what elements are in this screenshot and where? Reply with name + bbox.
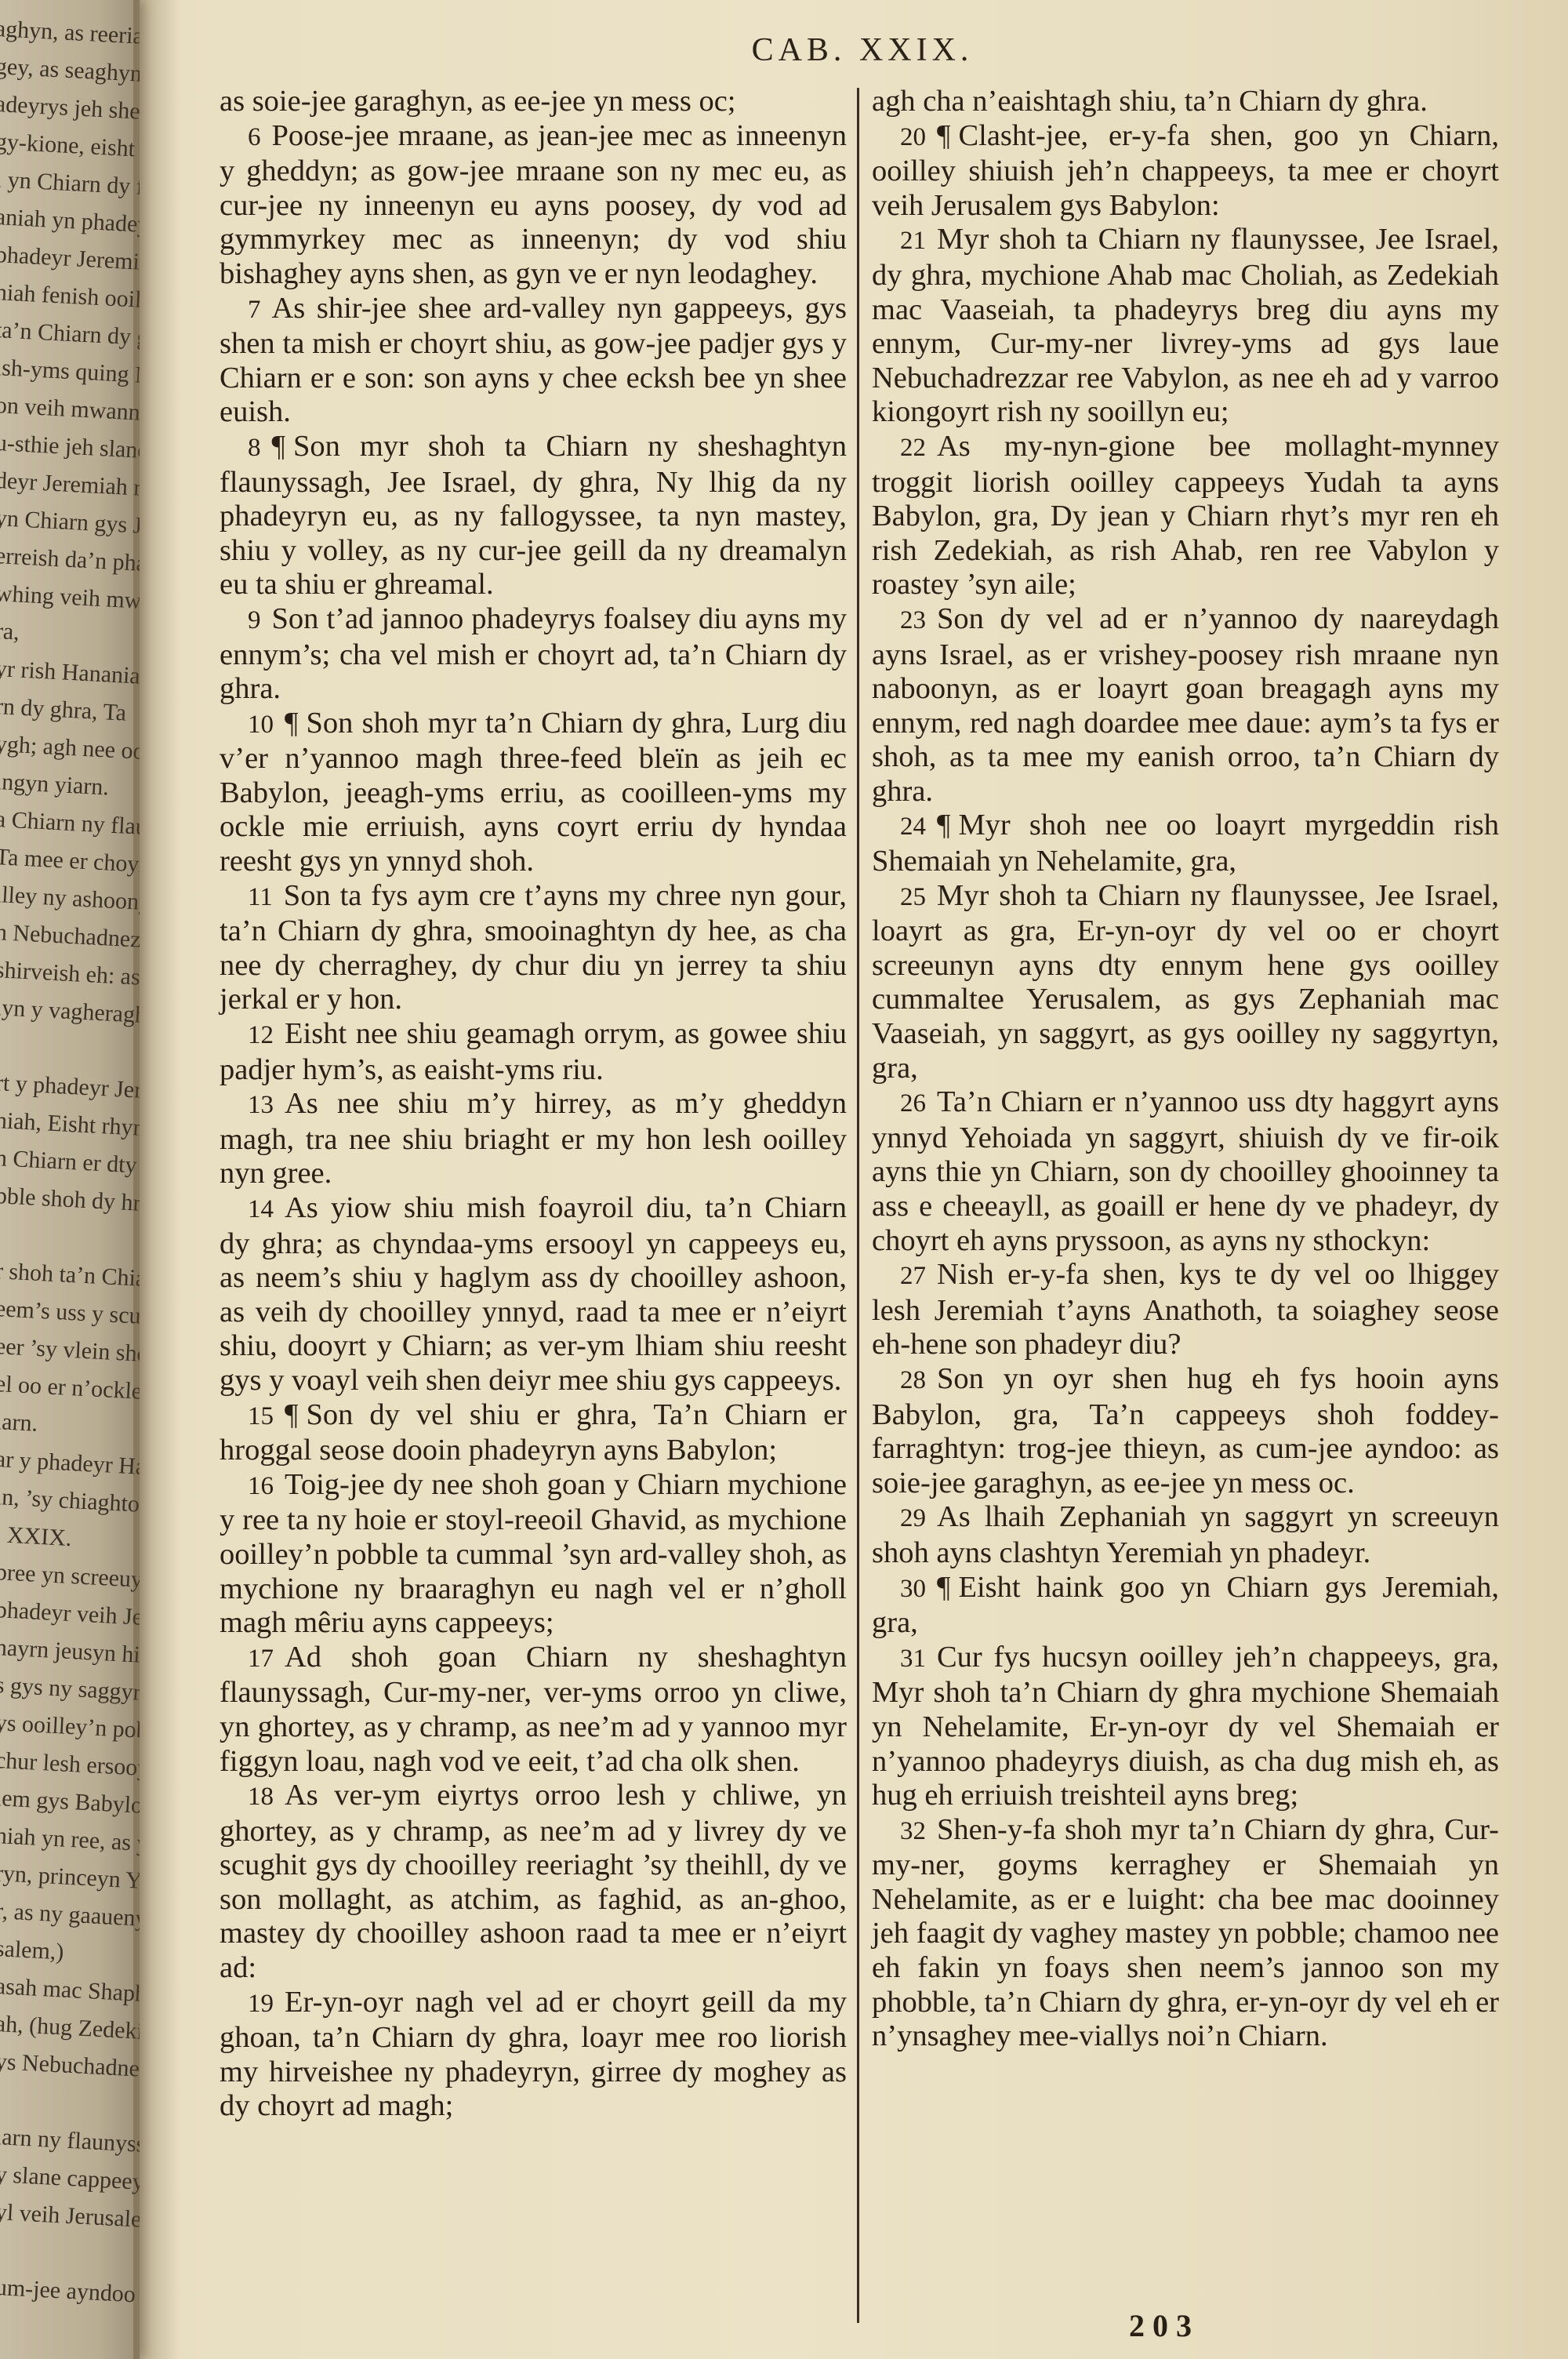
facing-page-line: l yn Chiarn dy fi: [0, 166, 140, 201]
facing-page-line: in, ’sy chiaghtoo: [0, 1484, 140, 1518]
verse-text: Son shoh myr ta’n Chiarn dy ghra, Lurg d…: [220, 707, 847, 878]
facing-page-line: on veih mwannal: [0, 392, 140, 427]
left-column: as soie-jee garaghyn, as ee-jee yn mess …: [220, 85, 847, 2124]
verse-text: As lhaih Zephaniah yn saggyrt yn screeuy…: [872, 1500, 1499, 1569]
verse-text: Poose-jee mraane, as jean-jee mec as inn…: [220, 119, 847, 290]
verse-number: 15: [248, 1402, 274, 1430]
verse-text: Eisht haink goo yn Chiarn gys Jeremiah, …: [872, 1571, 1499, 1640]
verse-text: As nee shiu m’y hirrey, as m’y gheddyn m…: [220, 1087, 847, 1190]
verse: 8¶Son myr shoh ta Chiarn ny sheshaghtyn …: [220, 430, 847, 602]
verse-text: Nish er-y-fa shen, kys te dy vel oo lhig…: [872, 1258, 1499, 1361]
facing-page-line: asah mac Shaphan: [0, 1973, 140, 2009]
verse: 28Son yn oyr shen hug eh fys hooin ayns …: [872, 1362, 1499, 1500]
verse: 29As lhaih Zephaniah yn saggyrt yn scree…: [872, 1500, 1499, 1570]
verse: 19Er-yn-oyr nagh vel ad er choyrt geill …: [220, 1986, 847, 2124]
verse: 21Myr shoh ta Chiarn ny flaunyssee, Jee …: [872, 223, 1499, 430]
verse-number: 14: [248, 1195, 274, 1223]
verse-number: 28: [900, 1366, 926, 1394]
facing-page-line: gy-kione, eisht be: [0, 129, 140, 164]
facing-page-line: illey ny ashoonyn: [0, 881, 140, 917]
verse: 17Ad shoh goan Chiarn ny sheshaghtyn fla…: [220, 1641, 847, 1779]
verse-text: As yiow shiu mish foayroil diu, ta’n Chi…: [220, 1191, 847, 1397]
verse: 27Nish er-y-fa shen, kys te dy vel oo lh…: [872, 1258, 1499, 1362]
facing-page-line: shirveish eh: as ta: [0, 957, 140, 992]
verse-number: 13: [248, 1091, 274, 1119]
verse-number: 10: [248, 711, 274, 739]
verse-text: Son t’ad jannoo phadeyrys foalsey diu ay…: [220, 602, 847, 705]
verse-number: 27: [900, 1262, 926, 1290]
facing-page-line: a Chiarn ny flauny: [0, 806, 140, 842]
verse-number: 9: [248, 606, 261, 634]
verse-text: Clasht-jee, er-y-fa shen, goo yn Chiarn,…: [872, 119, 1499, 222]
verse-text: As my-nyn-gione bee mollaght-mynney trog…: [872, 430, 1499, 601]
pilcrow-icon: ¶: [937, 809, 950, 841]
verse-number: 29: [900, 1504, 926, 1532]
facing-page-line: ra,: [0, 618, 20, 646]
verse-text: Ta’n Chiarn er n’yannoo uss dty haggyrt …: [872, 1085, 1499, 1256]
running-head: CAB. XXIX.: [0, 31, 1568, 69]
verse-text: Son ta fys aym cre t’ayns my chree nyn g…: [220, 879, 847, 1016]
pilcrow-icon: ¶: [937, 119, 950, 152]
verse-text: agh cha n’eaishtagh shiu, ta’n Chiarn dy…: [872, 85, 1428, 118]
facing-page-line: whing veih mwa: [0, 580, 140, 615]
verse: 10¶Son shoh myr ta’n Chiarn dy ghra, Lur…: [220, 707, 847, 879]
facing-page-line: deyr Jeremiah roi: [0, 467, 140, 503]
verse-text: Eisht nee shiu geamagh orrym, as gowee s…: [220, 1017, 847, 1086]
facing-page-line: bree yn screeuyn: [0, 1559, 140, 1594]
verse-number: 8: [248, 434, 261, 462]
verse-text: Shen-y-fa shoh myr ta’n Chiarn dy ghra, …: [872, 1813, 1499, 2053]
verse: 24¶Myr shoh nee oo loayrt myrgeddin rish…: [872, 809, 1499, 878]
verse-text: Toig-jee dy nee shoh goan y Chiarn mychi…: [220, 1468, 847, 1639]
facing-page-line: y slane cappeeys: [0, 2161, 140, 2197]
verse-text: As ver-ym eiyrtys orroo lesh y chliwe, y…: [220, 1779, 847, 1984]
verse-number: 31: [900, 1645, 926, 1673]
facing-page-edge: aghyn, as reeriaghtgey, as seaghyn, aade…: [0, 0, 140, 2359]
verse: 26Ta’n Chiarn er n’yannoo uss dty haggyr…: [872, 1085, 1499, 1258]
verse-text: as soie-jee garaghyn, as ee-jee yn mess …: [220, 85, 736, 118]
verse-number: 11: [248, 883, 273, 911]
pilcrow-icon: ¶: [285, 707, 298, 740]
verse-number: 23: [900, 606, 926, 634]
facing-page-line: u-sthie jeh slane: [0, 430, 140, 464]
facing-page-line: ys ooilley’n pobble: [0, 1710, 140, 1746]
verse: agh cha n’eaishtagh shiu, ta’n Chiarn dy…: [872, 85, 1499, 119]
verse-text: Cur fys hucsyn ooilley jeh’n chappeeys, …: [872, 1641, 1499, 1812]
pilcrow-icon: ¶: [937, 1571, 950, 1604]
facing-page-line: ys Nebuchadnezzar: [0, 2048, 140, 2085]
verse: as soie-jee garaghyn, as ee-jee yn mess …: [220, 85, 847, 119]
facing-page-line: rn dy ghra, Ta: [0, 693, 127, 727]
verse-text: Son dy vel ad er n’yannoo dy naareydagh …: [872, 602, 1499, 808]
verse-text: Son myr shoh ta Chiarn ny sheshaghtyn fl…: [220, 430, 847, 601]
verse: 30¶Eisht haink goo yn Chiarn gys Jeremia…: [872, 1571, 1499, 1641]
column-rule: [857, 88, 859, 2323]
verse-number: 7: [248, 296, 261, 324]
facing-page-line: adeyrys jeh shee,: [0, 91, 140, 126]
verse-number: 26: [900, 1089, 926, 1118]
verse: 7As shir-jee shee ard-valley nyn gappeey…: [220, 292, 847, 430]
facing-page-line: r, as ny gaauenyn,: [0, 1898, 140, 1933]
verse: 32Shen-y-fa shoh myr ta’n Chiarn dy ghra…: [872, 1813, 1499, 2054]
facing-page-line: ta’n Chiarn dy g: [0, 317, 140, 351]
facing-page-line: bble shoh dy hreishteil: [0, 1183, 140, 1220]
facing-page-line: s gys ny saggyrtyn: [0, 1672, 140, 1708]
facing-page-line: niah yn ree, as y: [0, 1823, 140, 1857]
facing-page-line: erreish da’n pha: [0, 543, 140, 577]
facing-page-line: niah fenish ooille: [0, 279, 140, 314]
facing-page-line: Ta mee er choyrt: [0, 844, 140, 879]
verse: 16Toig-jee dy nee shoh goan y Chiarn myc…: [220, 1468, 847, 1641]
facing-page-line: iarn ny flaunyssee,: [0, 2124, 140, 2160]
facing-page-line: iyn y vagheragh: [0, 994, 140, 1029]
verse-text: Myr shoh nee oo loayrt myrgeddin rish Sh…: [872, 809, 1499, 878]
gutter-shadow: [133, 0, 180, 2359]
verse-number: 22: [900, 434, 926, 462]
verse: 14As yiow shiu mish foayroil diu, ta’n C…: [220, 1191, 847, 1398]
verse: 15¶Son dy vel shiu er ghra, Ta’n Chiarn …: [220, 1398, 847, 1468]
right-column: agh cha n’eaishtagh shiu, ta’n Chiarn dy…: [872, 85, 1499, 2054]
verse: 9Son t’ad jannoo phadeyrys foalsey diu a…: [220, 602, 847, 707]
verse-text: Son dy vel shiu er ghra, Ta’n Chiarn er …: [220, 1398, 847, 1467]
facing-page-line: phadeyr Jeremiah,: [0, 242, 140, 277]
verse: 20¶Clasht-jee, er-y-fa shen, goo yn Chia…: [872, 119, 1499, 224]
verse-number: 24: [900, 812, 926, 841]
verse-text: Ad shoh goan Chiarn ny sheshaghtyn flaun…: [220, 1641, 847, 1778]
verse-number: 25: [900, 883, 926, 911]
verse-number: 20: [900, 123, 926, 151]
facing-page-line: ingyn yiarn.: [0, 769, 110, 801]
facing-page-line: salem,): [0, 1936, 64, 1966]
verse-text: As shir-jee shee ard-valley nyn gappeeys…: [220, 292, 847, 429]
verse-number: 18: [248, 1783, 274, 1811]
facing-page-line: . XXIX.: [0, 1521, 72, 1552]
facing-page-line: yl veih Jerusalem: [0, 2199, 140, 2234]
facing-page-line: niah, Eisht rhyn nish,: [0, 1107, 140, 1144]
verse-text: Myr shoh ta Chiarn ny flaunyssee, Jee Is…: [872, 223, 1499, 428]
facing-page-line: lem gys Babylon.: [0, 1785, 140, 1820]
facing-page-line: n Chiarn er dty choyrt;: [0, 1145, 140, 1183]
facing-page-line: ar y phadeyr Hanan: [0, 1446, 140, 1482]
facing-page-line: ryn, princeyn Yudah: [0, 1860, 140, 1897]
facing-page-line: yr rish Hananiah,: [0, 656, 140, 691]
facing-page-line: yn Chiarn gys Je: [0, 505, 140, 540]
verse: 25Myr shoh ta Chiarn ny flaunyssee, Jee …: [872, 879, 1499, 1086]
facing-page-line: ah, (hug Zedekiah: [0, 2011, 140, 2046]
verse-number: 16: [248, 1472, 274, 1500]
facing-page-line: iarn.: [0, 1408, 38, 1438]
verse: 31Cur fys hucsyn ooilley jeh’n chappeeys…: [872, 1641, 1499, 1813]
facing-page-line: chur lesh ersooyl: [0, 1747, 140, 1783]
verse: 12Eisht nee shiu geamagh orrym, as gowee…: [220, 1017, 847, 1087]
verse-number: 21: [900, 227, 926, 255]
verse-number: 6: [248, 123, 261, 151]
verse: 23Son dy vel ad er n’yannoo dy naareydag…: [872, 602, 1499, 809]
verse: 13As nee shiu m’y hirrey, as m’y gheddyn…: [220, 1087, 847, 1191]
verse-number: 32: [900, 1817, 926, 1845]
facing-page-line: ygh; agh nee oo: [0, 731, 140, 765]
verse: 22As my-nyn-gione bee mollaght-mynney tr…: [872, 430, 1499, 602]
verse-text: Myr shoh ta Chiarn ny flaunyssee, Jee Is…: [872, 879, 1499, 1085]
facing-page-line: aniah yn phadeyr: [0, 204, 140, 239]
facing-page-line: rt y phadeyr Jeremiah: [0, 1070, 140, 1107]
facing-page-line: phadeyr veih Jerus: [0, 1597, 140, 1633]
facing-page-line: eem’s uss y scughey: [0, 1296, 140, 1332]
facing-page-line: ish-yms quing Na: [0, 354, 140, 390]
running-head-chapter: XXIX.: [859, 32, 973, 68]
facing-page-line: eer ’sy vlein shoh: [0, 1333, 140, 1369]
verse-number: 12: [248, 1021, 274, 1049]
verse-text: Er-yn-oyr nagh vel ad er choyrt geill da…: [220, 1986, 847, 2123]
pilcrow-icon: ¶: [285, 1398, 298, 1431]
page-number: 203: [1129, 2307, 1200, 2344]
verse-number: 17: [248, 1645, 274, 1673]
pilcrow-icon: ¶: [272, 430, 285, 463]
facing-page-line: n Nebuchadnezzar: [0, 919, 140, 955]
running-head-label: CAB.: [752, 32, 847, 68]
verse-number: 19: [248, 1990, 274, 2018]
verse-text: Son yn oyr shen hug eh fys hooin ayns Ba…: [872, 1362, 1499, 1499]
facing-page-line: r shoh ta’n Chiarn: [0, 1258, 140, 1293]
verse: 18As ver-ym eiyrtys orroo lesh y chliwe,…: [220, 1779, 847, 1986]
book-page: aghyn, as reeriaghtgey, as seaghyn, aade…: [0, 0, 1568, 2359]
verse: 11Son ta fys aym cre t’ayns my chree nyn…: [220, 879, 847, 1017]
facing-page-line: el oo er n’ockley: [0, 1371, 140, 1406]
facing-page-line: nayrn jeusyn hie: [0, 1634, 140, 1669]
verse: 6Poose-jee mraane, as jean-jee mec as in…: [220, 119, 847, 292]
verse-number: 30: [900, 1575, 926, 1603]
facing-page-line: um-jee ayndoo: [0, 2274, 136, 2308]
